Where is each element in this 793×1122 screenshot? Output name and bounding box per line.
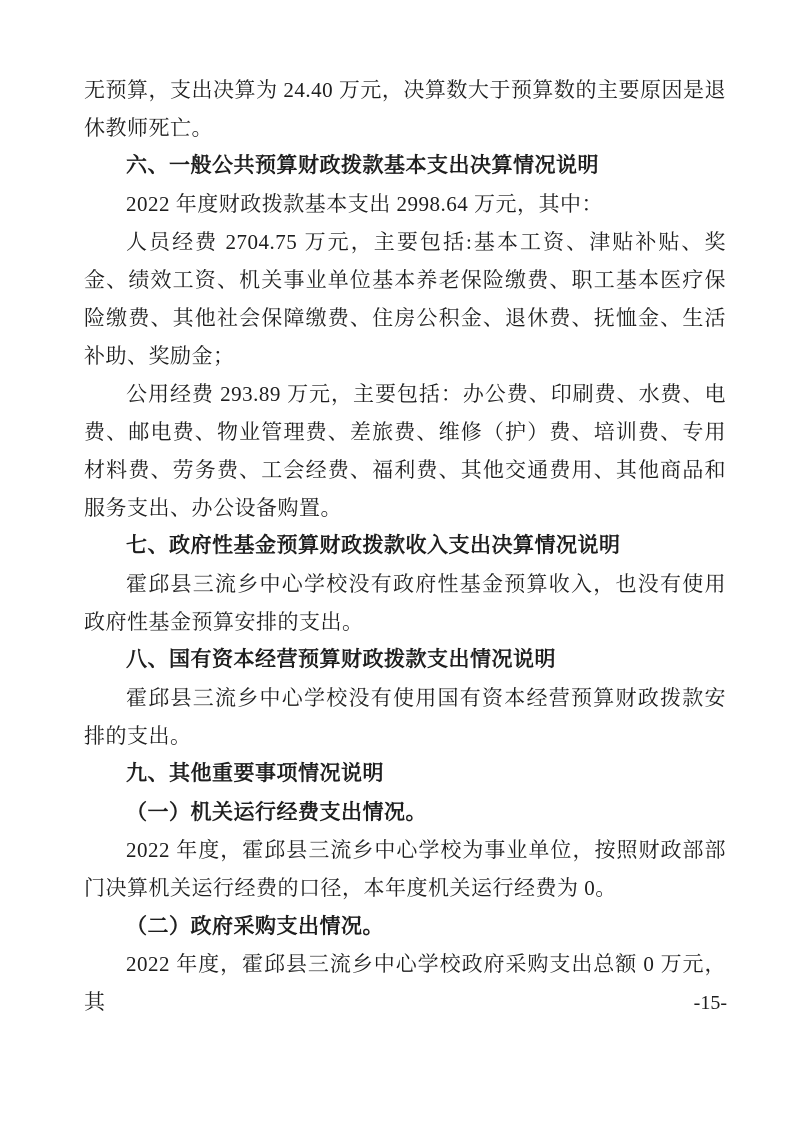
paragraph: 公用经费 293.89 万元，主要包括：办公费、印刷费、水费、电费、邮电费、物业… xyxy=(84,375,726,527)
paragraph: 2022 年度财政拨款基本支出 2998.64 万元，其中： xyxy=(84,185,726,223)
sub-heading-2: （二）政府采购支出情况。 xyxy=(84,907,726,945)
paragraph: 人员经费 2704.75 万元，主要包括:基本工资、津贴补贴、奖金、绩效工资、机… xyxy=(84,223,726,375)
document-page: 无预算，支出决算为 24.40 万元，决算数大于预算数的主要原因是退休教师死亡。… xyxy=(0,0,793,1122)
sub-heading-1: （一）机关运行经费支出情况。 xyxy=(84,793,726,831)
section-heading-7: 七、政府性基金预算财政拨款收入支出决算情况说明 xyxy=(84,527,726,565)
paragraph: 霍邱县三流乡中心学校没有政府性基金预算收入，也没有使用政府性基金预算安排的支出。 xyxy=(84,565,726,641)
paragraph: 2022 年度，霍邱县三流乡中心学校为事业单位，按照财政部部门决算机关运行经费的… xyxy=(84,831,726,907)
document-body: 无预算，支出决算为 24.40 万元，决算数大于预算数的主要原因是退休教师死亡。… xyxy=(84,71,726,1021)
section-heading-8: 八、国有资本经营预算财政拨款支出情况说明 xyxy=(84,641,726,679)
paragraph: 无预算，支出决算为 24.40 万元，决算数大于预算数的主要原因是退休教师死亡。 xyxy=(84,71,726,147)
section-heading-9: 九、其他重要事项情况说明 xyxy=(84,755,726,793)
paragraph: 霍邱县三流乡中心学校没有使用国有资本经营预算财政拨款安排的支出。 xyxy=(84,679,726,755)
section-heading-6: 六、一般公共预算财政拨款基本支出决算情况说明 xyxy=(84,147,726,185)
paragraph: 2022 年度，霍邱县三流乡中心学校政府采购支出总额 0 万元，其 xyxy=(84,945,726,1021)
page-number: -15- xyxy=(694,992,727,1015)
